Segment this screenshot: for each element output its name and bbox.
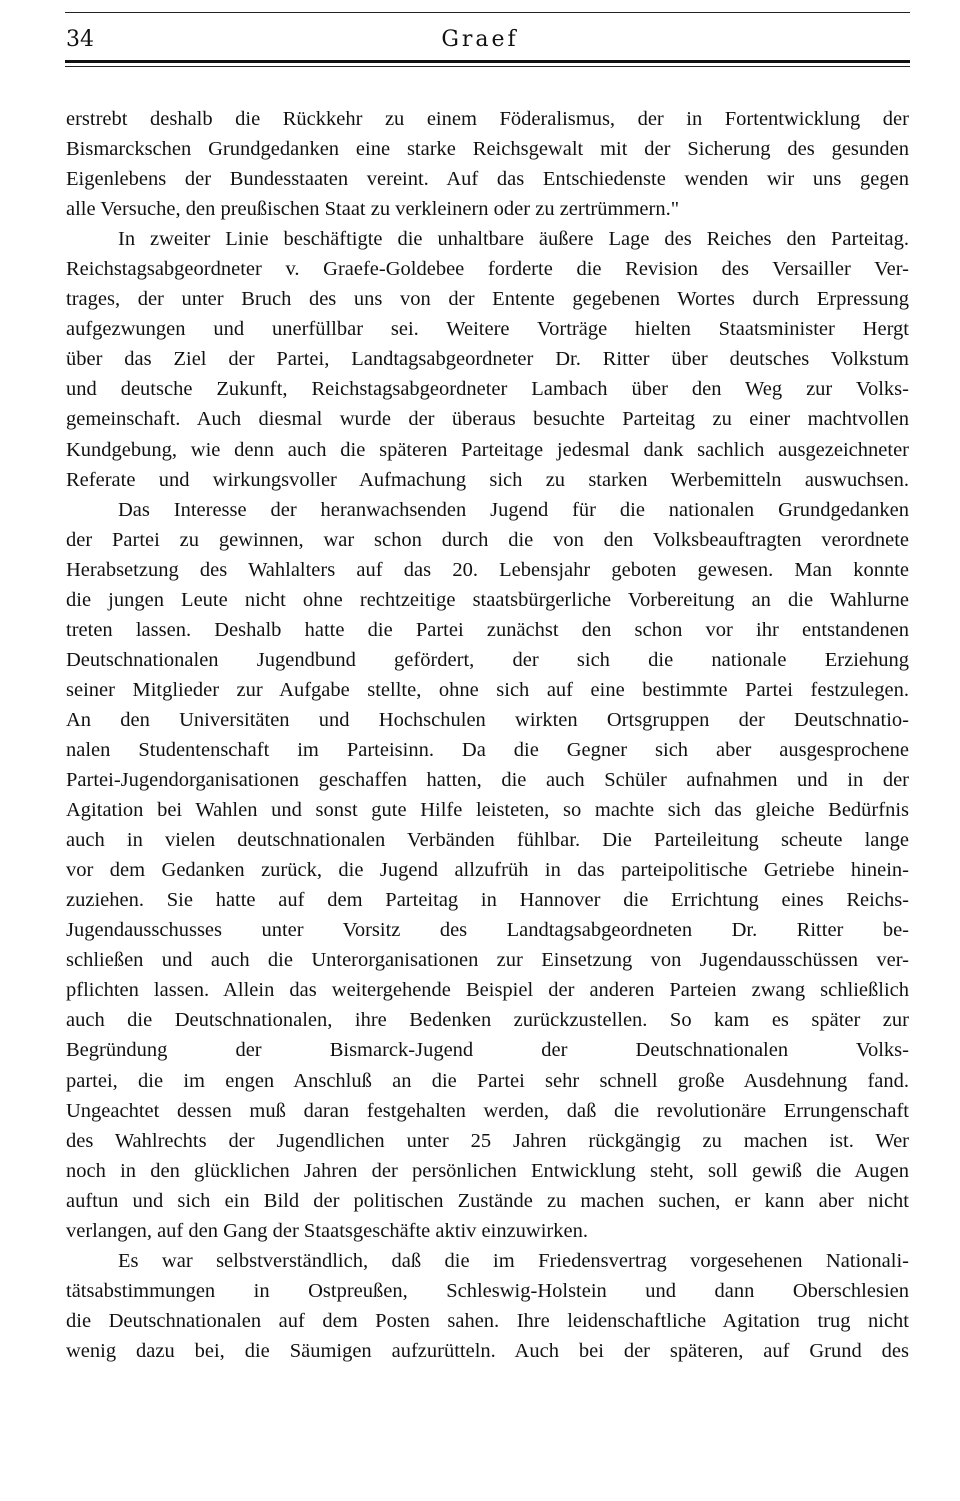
paragraph-start-line: Das Interesse der heranwachsenden Jugend…	[66, 495, 909, 525]
text-line: die Deutschnationalen auf dem Posten sah…	[66, 1306, 909, 1336]
text-line: auch die Deutschnationalen, ihre Bedenke…	[66, 1005, 909, 1035]
text-line: aufgezwungen und unerfüllbar sei. Weiter…	[66, 314, 909, 344]
text-line: und deutsche Zukunft, Reichstagsabgeordn…	[66, 374, 909, 404]
text-line: noch in den glücklichen Jahren der persö…	[66, 1156, 909, 1186]
text-line: schließen und auch die Unterorganisation…	[66, 945, 909, 975]
text-line: Herabsetzung des Wahlalters auf das 20. …	[66, 555, 909, 585]
text-line: auch in vielen deutschnationalen Verbänd…	[66, 825, 909, 855]
text-line: Jugendausschusses unter Vorsitz des Land…	[66, 915, 909, 945]
text-line: verlangen, auf den Gang der Staatsgeschä…	[66, 1216, 909, 1246]
running-title: Graef	[0, 26, 960, 54]
text-line: trages, der unter Bruch des uns von der …	[66, 284, 909, 314]
text-line: pflichten lassen. Allein das weitergehen…	[66, 975, 909, 1005]
header-thin-rule	[65, 66, 910, 67]
text-line: Partei-Jugendorganisationen geschaffen h…	[66, 765, 909, 795]
body-text: erstrebt deshalb die Rückkehr zu einem F…	[66, 104, 909, 1366]
text-line: Agitation bei Wahlen und sonst gute Hilf…	[66, 795, 909, 825]
text-line: auftun und sich ein Bild der politischen…	[66, 1186, 909, 1216]
paragraph-start-line: Es war selbstverständlich, daß die im Fr…	[66, 1246, 909, 1276]
text-line: Ungeachtet dessen muß daran festgehalten…	[66, 1096, 909, 1126]
text-line: seiner Mitglieder zur Aufgabe stellte, o…	[66, 675, 909, 705]
text-line: partei, die im engen Anschluß an die Par…	[66, 1066, 909, 1096]
text-line: An den Universitäten und Hochschulen wir…	[66, 705, 909, 735]
text-line: Begründung der Bismarck-Jugend der Deuts…	[66, 1035, 909, 1065]
text-line: die jungen Leute nicht ohne rechtzeitige…	[66, 585, 909, 615]
text-line: erstrebt deshalb die Rückkehr zu einem F…	[66, 104, 909, 134]
text-line: Bismarckschen Grundgedanken eine starke …	[66, 134, 909, 164]
text-line: Eigenlebens der Bundesstaaten vereint. A…	[66, 164, 909, 194]
text-line: Deutschnationalen Jugendbund gefördert, …	[66, 645, 909, 675]
text-line: Referate und wirkungsvoller Aufmachung s…	[66, 465, 909, 495]
text-line: treten lassen. Deshalb hatte die Partei …	[66, 615, 909, 645]
text-line: vor dem Gedanken zurück, die Jugend allz…	[66, 855, 909, 885]
text-line: Reichstagsabgeordneter v. Graefe-Goldebe…	[66, 254, 909, 284]
text-line: alle Versuche, den preußischen Staat zu …	[66, 194, 909, 224]
text-line: tätsabstimmungen in Ostpreußen, Schleswi…	[66, 1276, 909, 1306]
text-line: wenig dazu bei, die Säumigen aufzurüttel…	[66, 1336, 909, 1366]
text-line: nalen Studentenschaft im Parteisinn. Da …	[66, 735, 909, 765]
text-line: gemeinschaft. Auch diesmal wurde der übe…	[66, 404, 909, 434]
header-thick-rule	[65, 60, 910, 63]
text-line: der Partei zu gewinnen, war schon durch …	[66, 525, 909, 555]
text-line: des Wahlrechts der Jugendlichen unter 25…	[66, 1126, 909, 1156]
document-page: 34 Graef erstrebt deshalb die Rückkehr z…	[0, 0, 960, 1501]
text-line: Kundgebung, wie denn auch die späteren P…	[66, 435, 909, 465]
paragraph-start-line: In zweiter Linie beschäftigte die unhalt…	[66, 224, 909, 254]
header-top-rule	[65, 12, 910, 13]
text-line: über das Ziel der Partei, Landtagsabgeor…	[66, 344, 909, 374]
text-line: zuziehen. Sie hatte auf dem Parteitag in…	[66, 885, 909, 915]
